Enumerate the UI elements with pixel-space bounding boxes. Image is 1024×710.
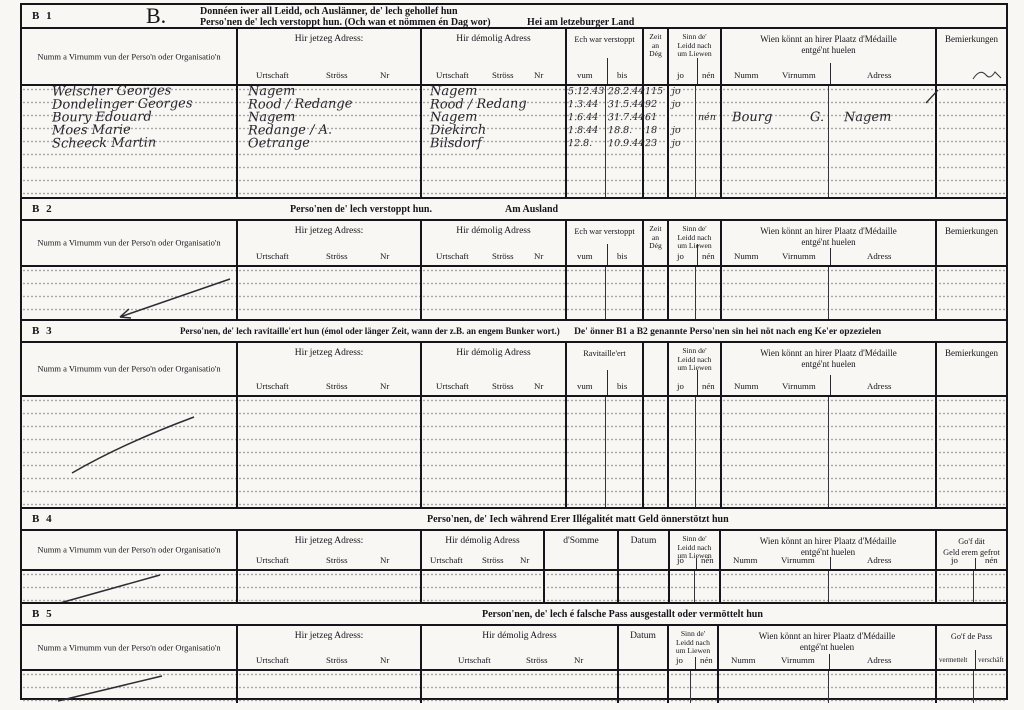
col-bemierkungen: Bemierkungen — [935, 221, 1006, 265]
grid-line — [719, 571, 721, 604]
bemierkungen-label: Bemierkungen — [937, 29, 1006, 45]
col-name: Numm a Virnumm vun der Perso'n oder Orga… — [22, 29, 236, 84]
entry-deg: 115 — [645, 85, 663, 98]
grid-line — [420, 571, 422, 604]
nr-label: Nr — [574, 655, 583, 666]
grid-line — [694, 571, 695, 604]
grid-line — [236, 571, 238, 604]
b5-column-header: Numm a Virnumm vun der Perso'n oder Orga… — [22, 626, 1006, 671]
jetzeg-label: Hir jetzeg Adress: — [238, 343, 420, 359]
b1-titlebar: B 1 B. Donnéen iwer all Leidd, och Auslä… — [22, 5, 1006, 29]
stross-label: Ströss — [326, 555, 348, 566]
nr-label: Nr — [380, 251, 389, 262]
b2-title2: Am Ausland — [505, 204, 558, 215]
b3-title-text: Perso'nen, de' lech ravitaille'ert hun (… — [180, 326, 560, 336]
b1-title-line2: Perso'nen de' lech verstoppt hun. (Och w… — [200, 17, 634, 28]
col-sinn: Sinn de' Leidd nach um Liewen jonén — [667, 221, 720, 265]
demolig-label: Hir démolig Adress — [422, 531, 543, 547]
grid-line — [420, 671, 422, 703]
nen-label: nén — [701, 555, 714, 566]
grid-line — [565, 397, 567, 509]
form-letter: B. — [146, 5, 166, 27]
nr-label: Nr — [380, 555, 389, 566]
jo-label: jo — [677, 70, 684, 81]
nen-label: nén — [702, 381, 715, 392]
gof-geld-label-1: Go'f dät — [937, 531, 1006, 547]
entry-deg: 92 — [645, 98, 657, 111]
col-jetzeg-adress: Hir jetzeg Adress: UrtschaftStrössNr — [236, 531, 420, 569]
urtschaft-label: Urtschaft — [256, 381, 289, 392]
col-wien: Wien könnt an hirer Plaatz d'Médaille en… — [717, 626, 935, 669]
entry-bis: 28.2.44 — [608, 85, 644, 98]
entry-deg: 18 — [645, 124, 657, 137]
col-wien: Wien könnt an hirer Plaatz d'Médaille en… — [720, 343, 935, 395]
stross-label: Ströss — [492, 251, 514, 262]
grid-line — [973, 571, 974, 604]
grid-line — [717, 671, 719, 703]
wien-label-1: Wien könnt an hirer Plaatz d'Médaille — [722, 343, 935, 359]
stross-label: Ströss — [482, 555, 504, 566]
dsomme-label: d'Somme — [545, 531, 617, 547]
verstoppt-label: Ech war verstoppt — [567, 29, 642, 45]
virnumm-label: Virnumm — [782, 251, 816, 262]
grid-line — [667, 267, 669, 321]
grid-line — [236, 671, 238, 703]
b2-label: B 2 — [32, 203, 54, 215]
datum-label: Datum — [619, 626, 667, 642]
b4-title: Perso'nen, de' Iech während Erer Illégal… — [427, 514, 729, 525]
scanned-form-page: B 1 B. Donnéen iwer all Leidd, och Auslä… — [0, 0, 1024, 710]
entry-row: Dondelinger Georges Rood / Redange Rood … — [22, 98, 1006, 111]
entry-medal-numm: Bourg — [732, 111, 772, 124]
bemierkungen-label: Bemierkungen — [937, 221, 1006, 237]
grid-line — [828, 671, 829, 703]
grid-line — [605, 267, 606, 321]
col-name-label: Numm a Virnumm vun der Perso'n oder Orga… — [22, 545, 236, 556]
entry-deg: 23 — [645, 137, 657, 150]
sinn-label-3: um Liewen — [669, 242, 720, 251]
adress-label: Adress — [867, 555, 891, 566]
demolig-label: Hir démolig Adress — [422, 343, 565, 359]
b5-data-area — [22, 671, 1006, 703]
urtschaft-label: Urtschaft — [458, 655, 491, 666]
b2-data-area — [22, 267, 1006, 321]
b4-data-area — [22, 571, 1006, 604]
virnumm-label: Virnumm — [781, 555, 815, 566]
col-sinn: Sinn de' Leidd nach um Liewen jonén — [667, 626, 717, 669]
grid-line — [565, 267, 567, 321]
b2-titlebar: B 2 Perso'nen de' lech verstoppt hun. Am… — [22, 199, 1006, 221]
demolig-label: Hir démolig Adress — [422, 221, 565, 237]
grid-line — [543, 571, 545, 604]
section-b2: B 2 Perso'nen de' lech verstoppt hun. Am… — [22, 197, 1006, 319]
grid-line — [605, 397, 606, 509]
section-b4: B 4 Perso'nen, de' Iech während Erer Ill… — [22, 507, 1006, 602]
pen-scribble — [971, 65, 1005, 83]
grid-line — [617, 671, 619, 703]
col-datum: Datum — [617, 626, 667, 669]
urtschaft-label: Urtschaft — [256, 70, 289, 81]
entry-nen: nén — [698, 111, 716, 124]
b3-column-header: Numm a Virnumm vun der Perso'n oder Orga… — [22, 343, 1006, 397]
bis-label: bis — [617, 70, 627, 81]
entry-jetzeg: Oetrange — [248, 137, 310, 151]
stross-label: Ströss — [326, 251, 348, 262]
grid-line — [236, 267, 238, 321]
urtschaft-label: Urtschaft — [256, 655, 289, 666]
numm-label: Numm — [733, 555, 757, 566]
col-datum: Datum — [617, 531, 668, 569]
jetzeg-label: Hir jetzeg Adress: — [238, 29, 420, 45]
entry-bis: 31.5.44 — [608, 98, 644, 111]
nr-label: Nr — [534, 251, 543, 262]
grid-line — [695, 267, 696, 321]
nr-label: Nr — [534, 70, 543, 81]
col-blank — [642, 343, 667, 395]
entry-row: Moes Marie Redange / A. Diekirch 1.8.44 … — [22, 124, 1006, 137]
grid-line — [668, 571, 670, 604]
col-bemierkungen: Bemierkungen — [935, 29, 1006, 84]
stross-label: Ströss — [326, 655, 348, 666]
grid-line — [695, 397, 696, 509]
stross-label: Ströss — [326, 70, 348, 81]
nr-label: Nr — [380, 381, 389, 392]
col-zeit: Zeit an Dég — [642, 29, 667, 84]
section-b3: B 3 Perso'nen, de' lech ravitaille'ert h… — [22, 319, 1006, 507]
sinn-label-1: Sinn de' — [669, 221, 720, 234]
col-demolig-adress: Hir démolig Adress UrtschaftStrössNr — [420, 221, 565, 265]
nr-label: Nr — [520, 555, 529, 566]
grid-line — [828, 571, 829, 604]
wien-label-2: entgé'nt huelen — [719, 642, 935, 653]
grid-line — [935, 671, 937, 703]
col-sinn: Sinn de' Leidd nach um Liewen jonén — [667, 29, 720, 84]
bemierkungen-label: Bemierkungen — [937, 343, 1006, 359]
zeit-label-3: Dég — [644, 242, 667, 251]
ravitailleert-label: Ravitaille'ert — [567, 343, 642, 359]
col-name: Numm a Virnumm vun der Perso'n oder Orga… — [22, 343, 236, 395]
col-name-label: Numm a Virnumm vun der Perso'n oder Orga… — [22, 364, 236, 375]
grid-line — [642, 267, 644, 321]
urtschaft-label: Urtschaft — [436, 251, 469, 262]
sinn-label-1: Sinn de' — [669, 626, 717, 639]
verschaft-label: verschäft — [978, 655, 1004, 666]
col-gof-geld: Go'f dät Geld erem gefrot jonén — [935, 531, 1006, 569]
jo-label: jo — [677, 251, 684, 262]
section-b5: B 5 Person'nen, de' lech é falsche Pass … — [22, 602, 1006, 701]
wien-label-2: entgé'nt huelen — [722, 45, 935, 56]
urtschaft-label: Urtschaft — [436, 381, 469, 392]
entry-jo: jo — [672, 124, 681, 137]
gof-pass-label: Go'f de Pass — [937, 626, 1006, 642]
col-name-label: Numm a Virnumm vun der Perso'n oder Orga… — [22, 238, 236, 249]
nen-label: nén — [700, 655, 713, 666]
b4-column-header: Numm a Virnumm vun der Perso'n oder Orga… — [22, 531, 1006, 571]
b1-label: B 1 — [32, 10, 54, 22]
col-dsomme: d'Somme — [543, 531, 617, 569]
b5-label: B 5 — [32, 608, 54, 620]
b2-title: Perso'nen de' lech verstoppt hun. — [290, 204, 432, 215]
b2-column-header: Numm a Virnumm vun der Perso'n oder Orga… — [22, 221, 1006, 267]
nen-label: nén — [702, 251, 715, 262]
grid-line — [828, 267, 829, 321]
col-demolig-adress: Hir démolig Adress UrtschaftStrössNr — [420, 531, 543, 569]
b3-title2-text: De' önner B1 a B2 genannte Perso'nen sin… — [574, 327, 881, 337]
grid-line — [420, 267, 422, 321]
col-jetzeg-adress: Hir jetzeg Adress: UrtschaftStrössNr — [236, 221, 420, 265]
urtschaft-label: Urtschaft — [436, 70, 469, 81]
entry-vum: 1.3.44 — [568, 98, 598, 111]
col-verstoppt: Ech war verstoppt vumbis — [565, 29, 642, 84]
jo-label: jo — [676, 655, 683, 666]
entry-vum: 12.8. — [568, 137, 592, 150]
numm-label: Numm — [731, 655, 755, 666]
entry-row: Scheeck Martin Oetrange Bilsdorf 12.8. 1… — [22, 137, 1006, 150]
adress-label: Adress — [867, 655, 891, 666]
col-demolig-adress: Hir démolig Adress UrtschaftStrössNr — [420, 29, 565, 84]
stross-label: Ströss — [526, 655, 548, 666]
nen-label: nén — [985, 555, 998, 566]
b5-title: Person'nen, de' lech é falsche Pass ausg… — [482, 609, 763, 620]
col-gof-pass: Go'f de Pass vermetteltverschäft — [935, 626, 1006, 669]
jo-label: jo — [677, 381, 684, 392]
vum-label: vum — [577, 70, 593, 81]
grid-line — [667, 397, 669, 509]
numm-label: Numm — [734, 381, 758, 392]
adress-label: Adress — [867, 70, 891, 81]
nen-label: nén — [702, 70, 715, 81]
wien-label-2: entgé'nt huelen — [722, 359, 935, 370]
vermettelt-label: vermettelt — [939, 655, 967, 666]
numm-label: Numm — [734, 70, 758, 81]
col-name: Numm a Virnumm vun der Perso'n oder Orga… — [22, 221, 236, 265]
grid-line — [690, 671, 691, 703]
col-jetzeg-adress: Hir jetzeg Adress: UrtschaftStrössNr — [236, 29, 420, 84]
entry-vum: 1.8.44 — [568, 124, 598, 137]
grid-line — [236, 397, 238, 509]
grid-line — [973, 671, 974, 703]
pen-stroke — [102, 273, 237, 321]
wien-label-1: Wien könnt an hirer Plaatz d'Médaille — [721, 531, 935, 547]
entry-medal-adress: Nagem — [844, 111, 892, 124]
col-demolig-adress: Hir démolig Adress UrtschaftStrössNr — [420, 343, 565, 395]
b5-titlebar: B 5 Person'nen, de' lech é falsche Pass … — [22, 604, 1006, 626]
grid-line — [935, 571, 937, 604]
b1-title-line1: Donnéen iwer all Leidd, och Auslänner, d… — [200, 6, 458, 17]
col-jetzeg-adress: Hir jetzeg Adress: UrtschaftStrössNr — [236, 626, 420, 669]
jetzeg-label: Hir jetzeg Adress: — [238, 221, 420, 237]
wien-label-1: Wien könnt an hirer Plaatz d'Médaille — [722, 29, 935, 45]
sinn-label-3: um Liewen — [669, 364, 720, 373]
bis-label: bis — [617, 251, 627, 262]
col-verstoppt: Ech war verstoppt vumbis — [565, 221, 642, 265]
nr-label: Nr — [380, 70, 389, 81]
virnumm-label: Virnumm — [782, 381, 816, 392]
demolig-label: Hir démolig Adress — [422, 29, 565, 45]
grid-line — [935, 397, 937, 509]
grid-line — [935, 267, 937, 321]
entry-jo: jo — [672, 98, 681, 111]
grid-line — [420, 397, 422, 509]
grid-line — [642, 397, 644, 509]
datum-label: Datum — [619, 531, 668, 547]
jetzeg-label: Hir jetzeg Adress: — [238, 626, 420, 642]
vum-label: vum — [577, 251, 593, 262]
sinn-label-3: um Liewen — [669, 50, 720, 59]
entry-jo: jo — [672, 137, 681, 150]
entry-bis: 10.9.44 — [608, 137, 644, 150]
jetzeg-label: Hir jetzeg Adress: — [238, 531, 420, 547]
bis-label: bis — [617, 381, 627, 392]
wien-label-2: entgé'nt huelen — [722, 237, 935, 248]
nr-label: Nr — [534, 381, 543, 392]
demolig-label: Hir démolig Adress — [422, 626, 617, 642]
adress-label: Adress — [867, 251, 891, 262]
virnumm-label: Virnumm — [782, 70, 816, 81]
sinn-label-1: Sinn de' — [669, 343, 720, 356]
entry-row: Boury Edouard Nagem Nagem 1.6.44 31.7.44… — [22, 111, 1006, 124]
entry-vum: 5.12.43 — [568, 85, 604, 98]
b1-data-area: Welscher Georges Nagem Nagem 5.12.43 28.… — [22, 86, 1006, 197]
stross-label: Ströss — [492, 381, 514, 392]
entry-jo: jo — [672, 85, 681, 98]
section-b1: B 1 B. Donnéen iwer all Leidd, och Auslä… — [22, 5, 1006, 197]
col-sinn: Sinn de' Leidd nach um Liewen jonén — [667, 343, 720, 395]
jo-label: jo — [677, 555, 684, 566]
vum-label: vum — [577, 381, 593, 392]
urtschaft-label: Urtschaft — [256, 555, 289, 566]
col-name-label: Numm a Virnumm vun der Perso'n oder Orga… — [22, 51, 236, 62]
b3-title: Perso'nen, de' lech ravitaille'ert hun (… — [180, 326, 881, 337]
entry-deg: 61 — [645, 111, 657, 124]
verstoppt-label: Ech war verstoppt — [567, 221, 642, 237]
b3-label: B 3 — [32, 325, 54, 337]
adress-label: Adress — [867, 381, 891, 392]
b1-title2b-text: Hei am letzeburger Land — [527, 17, 634, 28]
col-sinn: Sinn de' Leidd nach um Liewen jonén — [668, 531, 719, 569]
zeit-label-1: Zeit — [644, 29, 667, 42]
col-wien: Wien könnt an hirer Plaatz d'Médaille en… — [720, 29, 935, 84]
sinn-label-1: Sinn de' — [670, 531, 719, 544]
numm-label: Numm — [734, 251, 758, 262]
entry-medal-virnumm: G. — [810, 111, 824, 124]
grid-line — [667, 671, 669, 703]
virnumm-label: Virnumm — [781, 655, 815, 666]
urtschaft-label: Urtschaft — [256, 251, 289, 262]
zeit-label-1: Zeit — [644, 221, 667, 234]
entry-bis: 18.8. — [608, 124, 632, 137]
col-name: Numm a Virnumm vun der Perso'n oder Orga… — [22, 531, 236, 569]
pen-stroke — [52, 573, 167, 605]
wien-label-1: Wien könnt an hirer Plaatz d'Médaille — [722, 221, 935, 237]
b1-title2-text: Perso'nen de' lech verstoppt hun. (Och w… — [200, 17, 491, 28]
sinn-label-1: Sinn de' — [669, 29, 720, 42]
col-name-label: Numm a Virnumm vun der Perso'n oder Orga… — [22, 642, 236, 653]
col-wien: Wien könnt an hirer Plaatz d'Médaille en… — [719, 531, 935, 569]
grid-line — [617, 571, 619, 604]
b3-titlebar: B 3 Perso'nen, de' lech ravitaille'ert h… — [22, 321, 1006, 343]
col-ravitailleert: Ravitaille'ert vumbis — [565, 343, 642, 395]
b1-column-header: Numm a Virnumm vun der Perso'n oder Orga… — [22, 29, 1006, 86]
b3-data-area — [22, 397, 1006, 509]
grid-line — [720, 267, 722, 321]
entry-demolig: Bilsdorf — [430, 137, 482, 151]
entry-bis: 31.7.44 — [608, 111, 644, 124]
pen-stroke — [62, 409, 207, 479]
col-demolig-adress: Hir démolig Adress UrtschaftStrössNr — [420, 626, 617, 669]
nr-label: Nr — [380, 655, 389, 666]
grid-line — [720, 397, 722, 509]
col-bemierkungen: Bemierkungen — [935, 343, 1006, 395]
grid-line — [828, 397, 829, 509]
stross-label: Ströss — [326, 381, 348, 392]
stross-label: Ströss — [492, 70, 514, 81]
entry-name: Scheeck Martin — [52, 136, 156, 150]
b4-label: B 4 — [32, 513, 54, 525]
b4-titlebar: B 4 Perso'nen, de' Iech während Erer Ill… — [22, 509, 1006, 531]
entry-vum: 1.6.44 — [568, 111, 598, 124]
zeit-label-3: Dég — [644, 50, 667, 59]
col-jetzeg-adress: Hir jetzeg Adress: UrtschaftStrössNr — [236, 343, 420, 395]
jo-label: jo — [951, 555, 958, 566]
wien-label-1: Wien könnt an hirer Plaatz d'Médaille — [719, 626, 935, 642]
col-wien: Wien könnt an hirer Plaatz d'Médaille en… — [720, 221, 935, 265]
pen-stroke — [50, 674, 170, 703]
urtschaft-label: Urtschaft — [430, 555, 463, 566]
col-name: Numm a Virnumm vun der Perso'n oder Orga… — [22, 626, 236, 669]
form-b: B 1 B. Donnéen iwer all Leidd, och Auslä… — [20, 3, 1008, 700]
col-zeit: Zeit an Dég — [642, 221, 667, 265]
